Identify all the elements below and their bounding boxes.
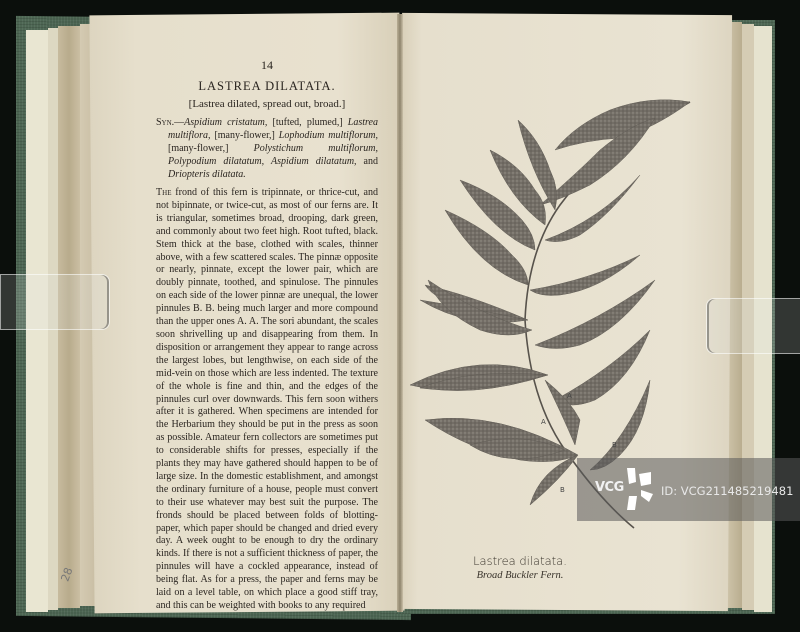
plate-label-b: B xyxy=(560,486,565,494)
page-clip-right xyxy=(706,298,800,354)
page-clip-left xyxy=(0,274,110,330)
watermark-logo: VCG xyxy=(595,480,624,495)
plate-label-a: A xyxy=(541,418,546,426)
fern-illustration xyxy=(0,0,800,632)
plate-label-b: B xyxy=(612,441,617,449)
watermark: VCG ID: VCG211485219481 xyxy=(577,458,800,521)
watermark-id: ID: VCG211485219481 xyxy=(661,484,793,498)
caption-latin: Lastrea dilatata. xyxy=(440,554,600,568)
plate-caption: Lastrea dilatata. Broad Buckler Fern. xyxy=(440,554,600,581)
plate-label-a: A xyxy=(567,392,572,400)
caption-common: Broad Buckler Fern. xyxy=(440,570,600,581)
